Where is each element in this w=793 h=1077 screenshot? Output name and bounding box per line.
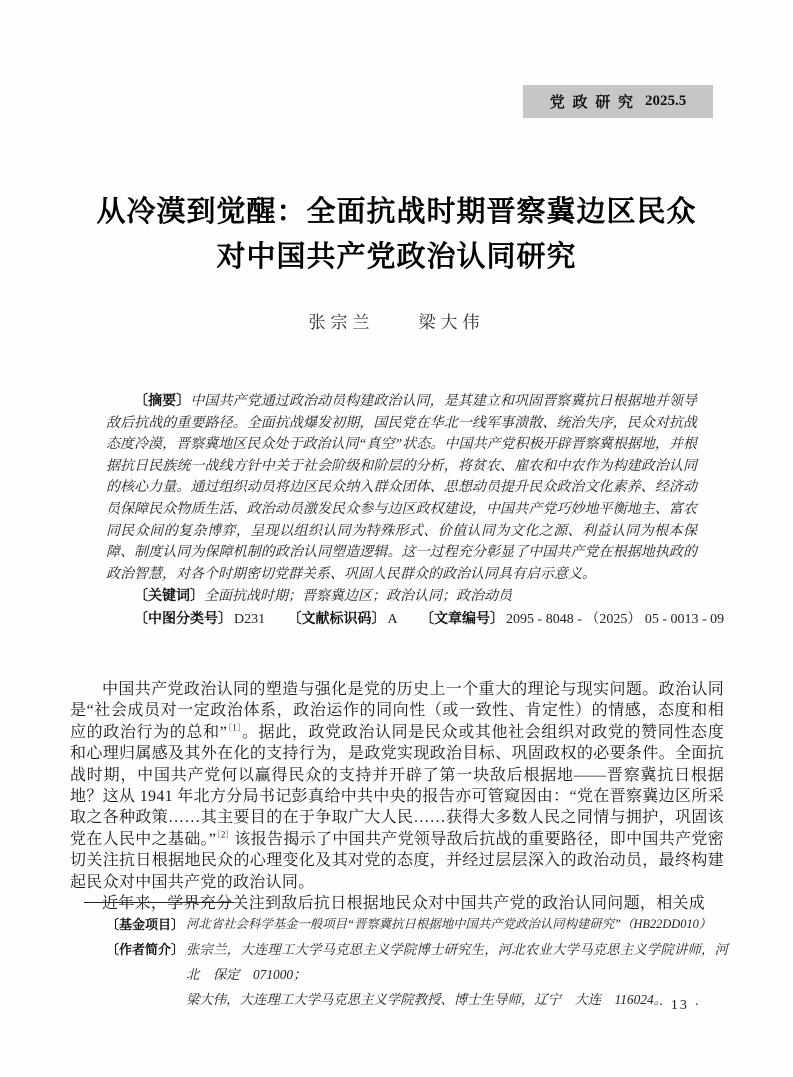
doc-code-label: 〔文献标识码〕 (288, 610, 386, 626)
keywords-label: 〔关键词〕 (134, 587, 204, 603)
doc-code-value: A (388, 612, 398, 627)
keywords-line: 〔关键词〕全面抗战时期；晋察冀边区；政治认同；政治动员 (106, 585, 697, 608)
paper-page: 党 政 研 究 2025.5 从冷漠到觉醒：全面抗战时期晋察冀边区民众 对中国共… (0, 0, 793, 1077)
author-bio-text-1: 张宗兰，大连理工大学马克思主义学院博士研究生，河北农业大学马克思主义学院讲师，河… (186, 942, 728, 982)
body-paragraph-1: 中国共产党政治认同的塑造与强化是党的历史上一个重大的理论与现实问题。政治认同是“… (70, 679, 724, 893)
author-bio-text-2: 梁大伟，大连理工大学马克思主义学院教授、博士生导师，辽宁 大连 116024。 (186, 992, 667, 1007)
fund-project-note: 〔基金项目〕河北省社会科学基金一般项目“晋察冀抗日根据地中国共产党政治认同构建研… (106, 912, 728, 937)
clc-label: 〔中图分类号〕 (134, 610, 232, 626)
journal-name: 党 政 研 究 (550, 91, 635, 112)
article-id-value: 2095 - 8048 - （2025） 05 - 0013 - 09 (506, 612, 724, 627)
p1-segment-2: 。据此，政党政治认同是民众或其他社会组织对政党的赞同性态度和心理归属感及其外在化… (70, 724, 724, 848)
abstract-block: 〔摘要〕中国共产党通过政治动员构建政治认同，是其建立和巩固晋察冀抗日根据地并领导… (106, 390, 697, 631)
abstract-text: 中国共产党通过政治动员构建政治认同，是其建立和巩固晋察冀抗日根据地并领导敌后抗战… (106, 394, 697, 582)
author-bio-label: 〔作者简介〕 (106, 937, 184, 962)
footnotes: 〔基金项目〕河北省社会科学基金一般项目“晋察冀抗日根据地中国共产党政治认同构建研… (106, 912, 728, 1012)
keywords-text: 全面抗战时期；晋察冀边区；政治认同；政治动员 (204, 589, 512, 604)
article-title: 从冷漠到觉醒：全面抗战时期晋察冀边区民众 对中国共产党政治认同研究 (0, 190, 793, 280)
footnote-separator (84, 902, 234, 903)
abstract-paragraph: 〔摘要〕中国共产党通过政治动员构建政治认同，是其建立和巩固晋察冀抗日根据地并领导… (106, 390, 697, 585)
authors: 张宗兰 梁大伟 (0, 308, 793, 333)
journal-issue: 2025.5 (645, 93, 686, 110)
page-number: · 13 · (659, 998, 701, 1014)
article-title-line2: 对中国共产党政治认同研究 (0, 235, 793, 280)
journal-header-box: 党 政 研 究 2025.5 (523, 85, 713, 118)
meta-line: 〔中图分类号〕D231〔文献标识码〕A〔文章编号〕2095 - 8048 - （… (106, 608, 697, 631)
citation-ref-1: 〔1〕 (227, 722, 242, 732)
article-id-label: 〔文章编号〕 (420, 610, 504, 626)
citation-ref-2: 〔2〕 (216, 830, 234, 840)
abstract-label: 〔摘要〕 (134, 392, 190, 408)
fund-project-text: 河北省社会科学基金一般项目“晋察冀抗日根据地中国共产党政治认同构建研究”（HB2… (186, 917, 711, 931)
author-bio-continuation: 梁大伟，大连理工大学马克思主义学院教授、博士生导师，辽宁 大连 116024。 (106, 987, 728, 1012)
article-title-line1: 从冷漠到觉醒：全面抗战时期晋察冀边区民众 (0, 190, 793, 235)
clc-value: D231 (234, 612, 265, 627)
fund-project-label: 〔基金项目〕 (106, 912, 184, 937)
body-text: 中国共产党政治认同的塑造与强化是党的历史上一个重大的理论与现实问题。政治认同是“… (70, 679, 724, 914)
author-bio-note: 〔作者简介〕张宗兰，大连理工大学马克思主义学院博士研究生，河北农业大学马克思主义… (106, 937, 728, 987)
